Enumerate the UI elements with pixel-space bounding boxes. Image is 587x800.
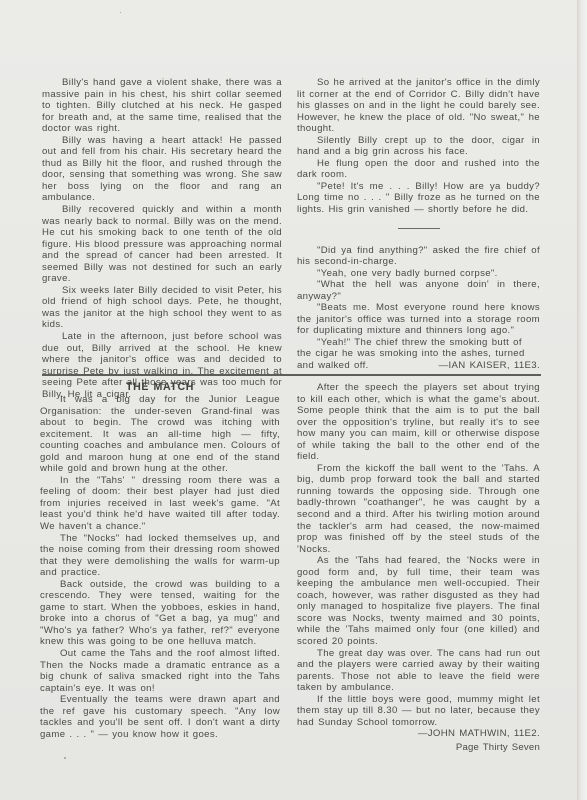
paragraph: "What the hell was anyone doin' in there…: [297, 279, 540, 302]
scan-speck: [120, 12, 121, 13]
paragraph: In the "Tahs' " dressing room there was …: [40, 475, 280, 533]
paragraph: Billy recovered quickly and within a mon…: [42, 204, 282, 285]
story1-right-column: So he arrived at the janitor's office in…: [297, 77, 540, 372]
paragraph: "Pete! It's me . . . Billy! How are ya b…: [297, 181, 540, 216]
story2-right-column: After the speech the players set about t…: [297, 382, 540, 754]
paragraph: After the speech the players set about t…: [297, 382, 540, 463]
page-edge: [577, 0, 587, 800]
horizontal-rule: [42, 374, 541, 376]
story1-left-column: Billy's hand gave a violent shake, there…: [42, 77, 282, 400]
paragraph: Billy's hand gave a violent shake, there…: [42, 77, 282, 135]
scanned-page: Billy's hand gave a violent shake, there…: [0, 0, 587, 800]
page-number: Page Thirty Seven: [297, 742, 540, 754]
story2-left-column: THE MATCH It was a big day for the Junio…: [40, 381, 280, 740]
byline: —IAN KAISER, 11E3.: [419, 360, 540, 372]
story-title: THE MATCH: [40, 381, 280, 393]
paragraph: Out came the Tahs and the roof almost li…: [40, 648, 280, 694]
byline: —JOHN MATHWIN, 11E2.: [297, 728, 540, 740]
scan-speck: [64, 757, 66, 759]
paragraph: So he arrived at the janitor's office in…: [297, 77, 540, 135]
paragraph: He flung open the door and rushed into t…: [297, 158, 540, 181]
paragraph: "Yeah, one very badly burned corpse".: [297, 268, 540, 280]
paragraph: As the 'Tahs had feared, the 'Nocks were…: [297, 555, 540, 647]
paragraph: If the little boys were good, mummy migh…: [297, 694, 540, 729]
paragraph: From the kickoff the ball went to the 'T…: [297, 463, 540, 555]
paragraph: Back outside, the crowd was building to …: [40, 579, 280, 648]
paragraph: Billy was having a heart attack! He pass…: [42, 135, 282, 204]
paragraph: Silently Billy crept up to the door, cig…: [297, 135, 540, 158]
paragraph: The great day was over. The cans had run…: [297, 648, 540, 694]
section-break-divider: [398, 228, 440, 229]
paragraph: It was a big day for the Junior League O…: [40, 394, 280, 475]
paragraph: Six weeks later Billy decided to visit P…: [42, 285, 282, 331]
paragraph: "Did ya find anything?" asked the fire c…: [297, 245, 540, 268]
paragraph: Eventually the teams were drawn apart an…: [40, 694, 280, 740]
paragraph: The "Nocks" had locked themselves up, an…: [40, 533, 280, 579]
paragraph: "Beats me. Most everyone round here know…: [297, 302, 540, 337]
paragraph-with-byline: "Yeah!" The chief threw the smoking butt…: [297, 337, 540, 372]
